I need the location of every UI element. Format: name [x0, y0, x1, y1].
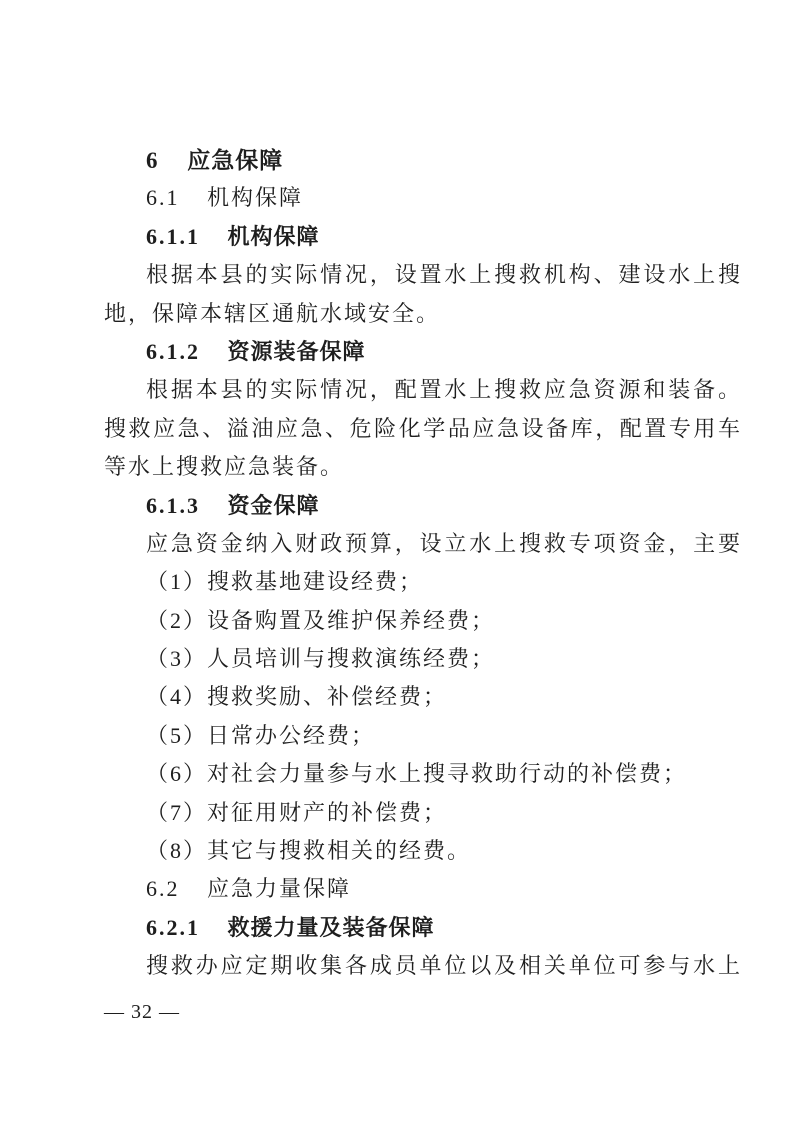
- funding-list-item-5: （5）日常办公经费；: [104, 717, 742, 755]
- page-footer: — 32 —: [104, 996, 180, 1028]
- paragraph-6-1-3-intro: 应急资金纳入财政预算，设立水上搜救专项资金，主要用于：: [104, 525, 742, 563]
- section-heading-6-1: 6.1 机构保障: [104, 179, 742, 217]
- funding-list-item-7: （7）对征用财产的补偿费；: [104, 794, 742, 832]
- heading-title: 资源装备保障: [228, 339, 366, 364]
- heading-number: 6.1.2: [146, 339, 200, 364]
- page-number: — 32 —: [104, 1001, 180, 1023]
- section-heading-6: 6 应急保障: [104, 141, 742, 179]
- heading-title: 机构保障: [228, 224, 320, 249]
- funding-list-item-2: （2）设备购置及维护保养经费；: [104, 602, 742, 640]
- paragraph-6-1-2-line-3: 等水上搜救应急装备。: [104, 448, 742, 486]
- heading-number: 6.1: [146, 185, 180, 210]
- funding-list-item-8: （8）其它与搜救相关的经费。: [104, 832, 742, 870]
- paragraph-6-1-1-line-1: 根据本县的实际情况，设置水上搜救机构、建设水上搜救基: [104, 256, 742, 294]
- funding-list-item-4: （4）搜救奖励、补偿经费；: [104, 678, 742, 716]
- section-heading-6-2-1: 6.2.1 救援力量及装备保障: [104, 909, 742, 947]
- document-body: 6 应急保障 6.1 机构保障 6.1.1 机构保障 根据本县的实际情况，设置水…: [104, 141, 742, 986]
- heading-title: 应急力量保障: [207, 876, 351, 901]
- section-heading-6-1-2: 6.1.2 资源装备保障: [104, 333, 742, 371]
- heading-number: 6.2.1: [146, 915, 200, 940]
- heading-title: 机构保障: [207, 185, 303, 210]
- document-page: 6 应急保障 6.1 机构保障 6.1.1 机构保障 根据本县的实际情况，设置水…: [0, 0, 793, 1122]
- section-heading-6-2: 6.2 应急力量保障: [104, 870, 742, 908]
- paragraph-6-1-2-line-2: 搜救应急、溢油应急、危险化学品应急设备库，配置专用车和艇: [104, 410, 742, 448]
- funding-list-item-1: （1）搜救基地建设经费；: [104, 563, 742, 601]
- heading-number: 6.1.3: [146, 493, 200, 518]
- heading-number: 6.2: [146, 876, 180, 901]
- section-heading-6-1-3: 6.1.3 资金保障: [104, 487, 742, 525]
- section-heading-6-1-1: 6.1.1 机构保障: [104, 218, 742, 256]
- paragraph-6-1-2-line-1: 根据本县的实际情况，配置水上搜救应急资源和装备。建立: [104, 371, 742, 409]
- paragraph-6-2-1-line-1: 搜救办应定期收集各成员单位以及相关单位可参与水上应: [104, 947, 742, 985]
- heading-title: 应急保障: [187, 147, 283, 173]
- heading-title: 资金保障: [228, 493, 320, 518]
- funding-list-item-3: （3）人员培训与搜救演练经费；: [104, 640, 742, 678]
- paragraph-6-1-1-line-2: 地，保障本辖区通航水域安全。: [104, 295, 742, 333]
- heading-title: 救援力量及装备保障: [228, 915, 435, 940]
- funding-list-item-6: （6）对社会力量参与水上搜寻救助行动的补偿费；: [104, 755, 742, 793]
- heading-number: 6: [146, 148, 160, 173]
- heading-number: 6.1.1: [146, 224, 200, 249]
